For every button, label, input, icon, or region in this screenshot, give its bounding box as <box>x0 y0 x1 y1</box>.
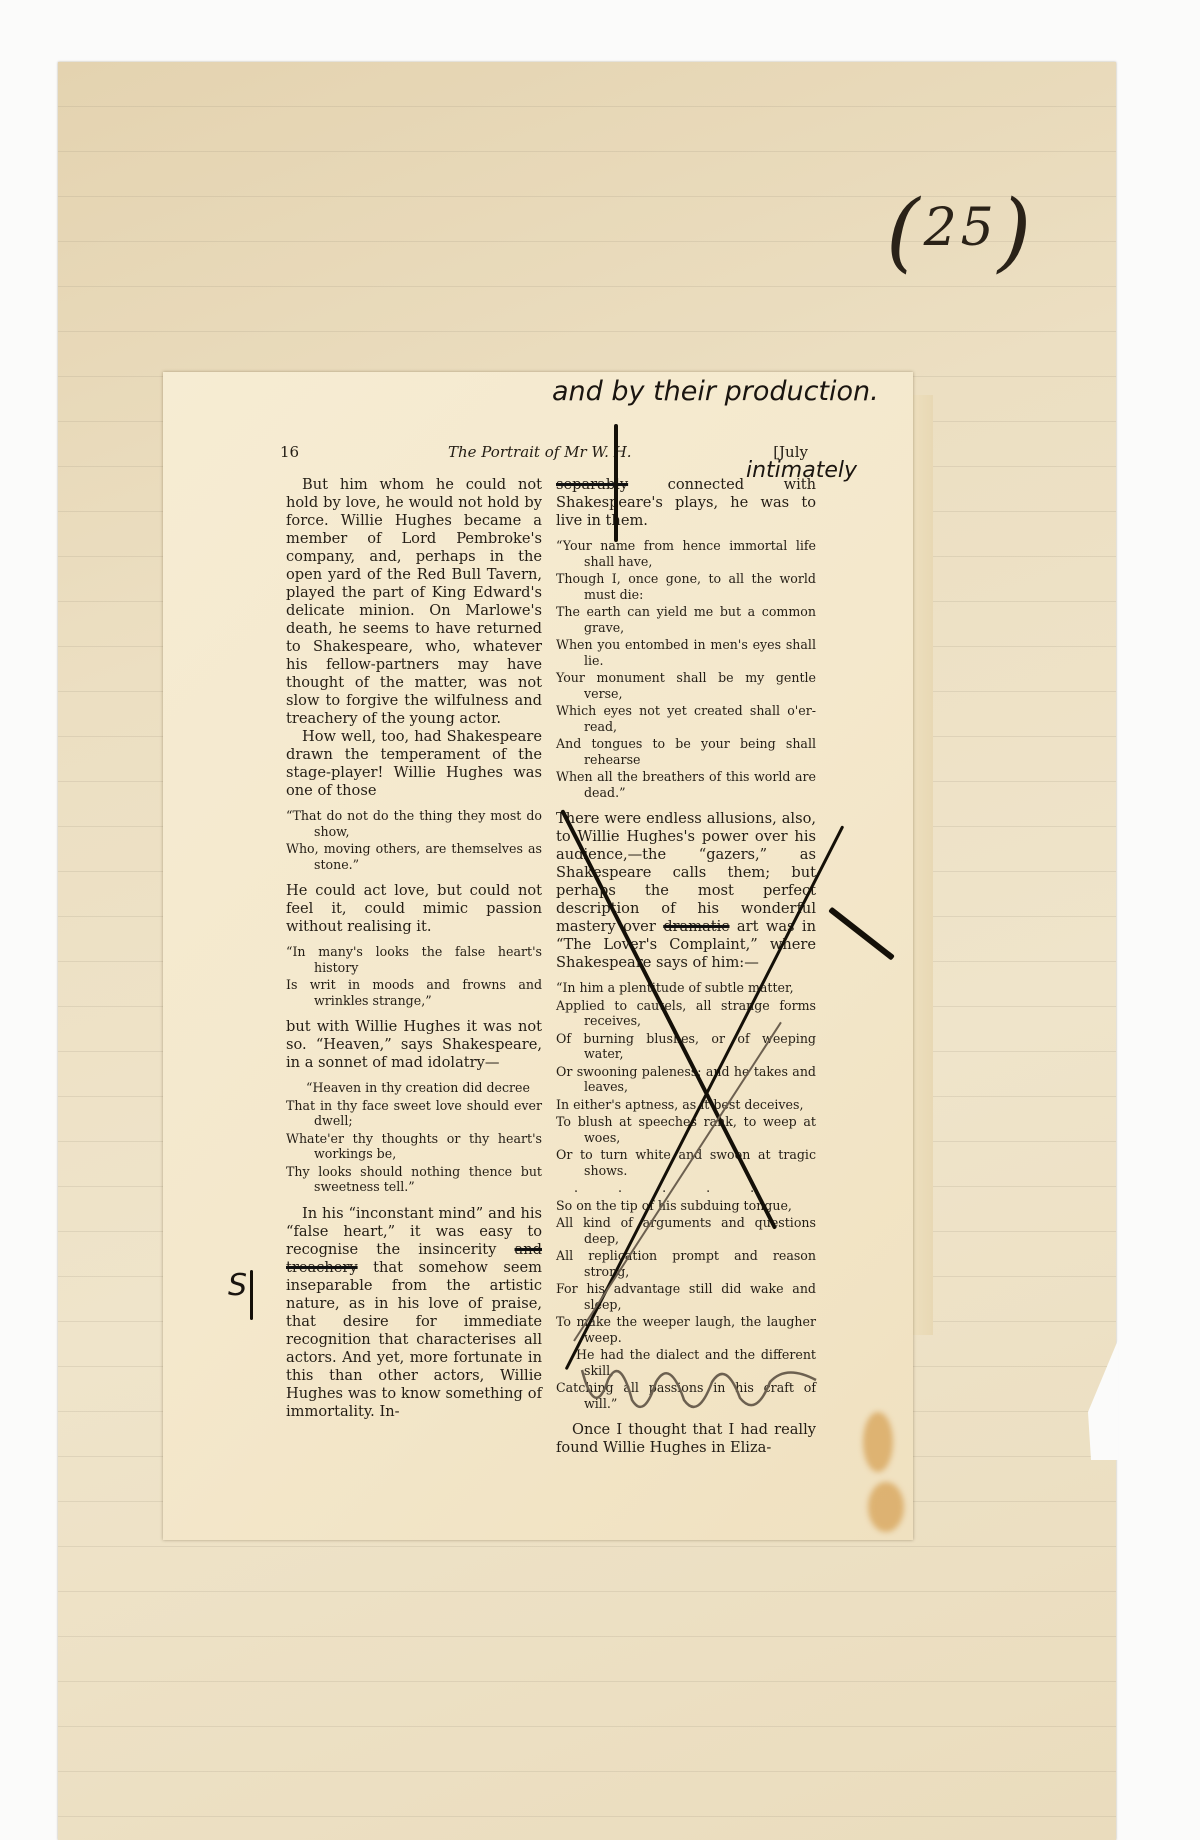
ellipsis-row: . . . . . <box>556 1180 816 1196</box>
running-title: The Portrait of Mr W. H. <box>448 443 632 461</box>
handwritten-margin-note: intimately <box>746 458 857 483</box>
folio-number: (25) <box>886 166 1035 266</box>
paragraph: How well, too, had Shakespeare drawn the… <box>286 728 542 800</box>
verse-quote: “Your name from hence immortal life shal… <box>556 538 816 800</box>
handwritten-margin-mark: S <box>228 1268 247 1303</box>
struck-word: treachery <box>286 1259 358 1276</box>
struck-word: and <box>515 1241 542 1258</box>
paragraph: but with Willie Hughes it was not so. “H… <box>286 1018 542 1072</box>
foxing-stain <box>863 1412 893 1472</box>
foxing-stain <box>868 1482 904 1532</box>
running-head: 16 The Portrait of Mr W. H. [July <box>276 443 796 465</box>
paragraph: But him whom he could not hold by love, … <box>286 476 542 728</box>
paragraph: There were endless allusions, also, to W… <box>556 810 816 972</box>
struck-word: dramatic <box>663 918 729 935</box>
sheet-tear <box>1088 1340 1118 1460</box>
insertion-line <box>614 424 618 542</box>
paragraph: Once I thought that I had really found W… <box>556 1421 816 1457</box>
handwritten-insertion: and by their production. <box>552 376 879 407</box>
squiggle-mark <box>580 1360 820 1420</box>
paragraph: He could act love, but could not feel it… <box>286 882 542 936</box>
margin-bar <box>250 1270 253 1320</box>
paragraph: In his “inconstant mind” and his “false … <box>286 1205 542 1421</box>
left-column: But him whom he could not hold by love, … <box>286 476 542 1421</box>
paragraph: separably connected with Shakespeare's p… <box>556 476 816 530</box>
verse-quote: “That do not do the thing they most do s… <box>286 808 542 872</box>
verse-quote: “In him a plentitude of subtle matter, A… <box>556 980 816 1411</box>
verse-quote: “Heaven in thy creation did decree That … <box>286 1080 542 1195</box>
verse-quote: “In many's looks the false heart's histo… <box>286 944 542 1008</box>
page-number: 16 <box>280 443 299 461</box>
